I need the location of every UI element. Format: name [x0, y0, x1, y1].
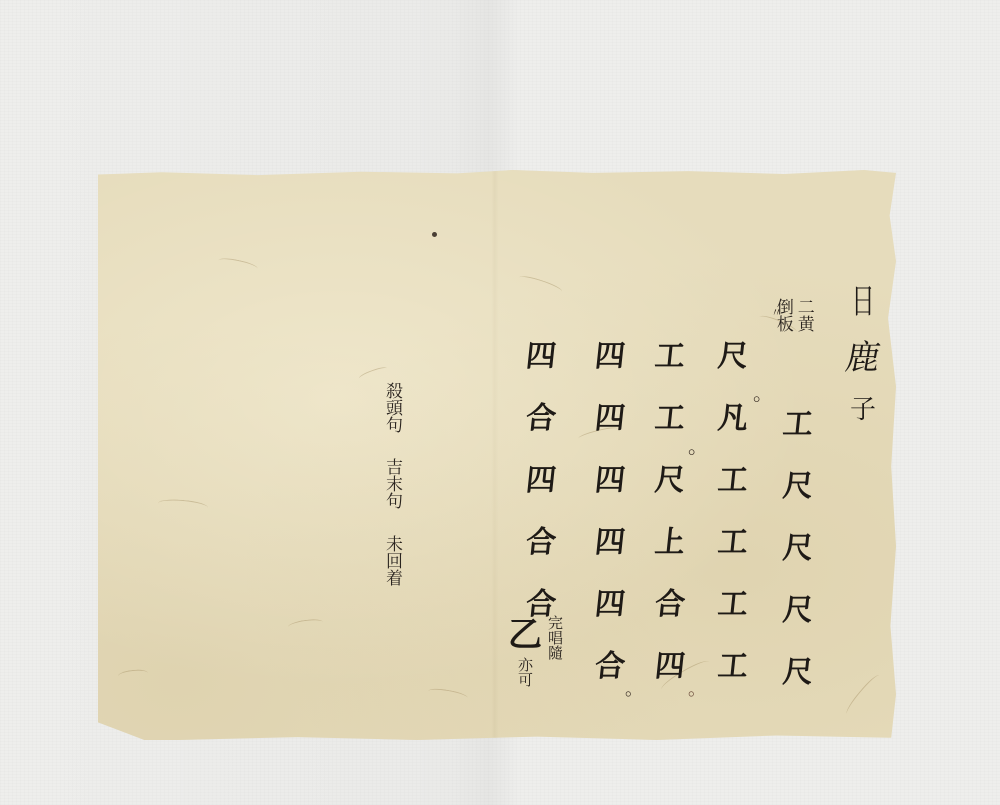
notation-glyph: 上 — [653, 528, 686, 558]
note-phrase: 吉末句 — [383, 458, 400, 509]
notation-glyph: 合 — [653, 590, 686, 620]
notation-glyph: 尺 — [716, 342, 749, 372]
note-char: 可 — [518, 673, 533, 688]
notation-glyph: 四 — [593, 590, 626, 620]
notation-column-5: 四 合 四 合 合 — [526, 342, 556, 652]
notation-glyph: 四 — [593, 404, 626, 434]
closing-note-col-b: 亦 可 — [518, 658, 533, 688]
paper-fiber — [288, 618, 324, 632]
circle-mark: 。 — [688, 675, 706, 701]
left-page-note: 殺頭句 吉末句 未回着 — [383, 382, 400, 586]
closing-note-col-a: 完 唱 隨 — [548, 616, 563, 661]
circle-mark: 。 — [625, 675, 643, 701]
manuscript-sheet: 日 鹿 子 二黄 倒板 〃 工 尺 尺 尺 尺 尺 凡 工 工 工 工 。 工 … — [98, 170, 896, 740]
notation-glyph: 合 — [593, 652, 626, 682]
annotation-char: 二黄 — [794, 298, 812, 332]
paper-fiber — [843, 672, 882, 716]
notation-glyph: 合 — [524, 404, 557, 434]
notation-glyph: 工 — [781, 410, 814, 440]
notation-column-3: 工 工 尺 上 合 四 — [655, 342, 685, 714]
end-mark: 乙 — [508, 618, 542, 652]
note-phrase: 殺頭句 — [383, 382, 400, 433]
notation-column-4: 四 四 四 四 四 合 — [595, 342, 625, 714]
paper-fiber — [118, 668, 149, 680]
paper-fiber — [158, 498, 209, 513]
paper-fiber — [358, 365, 389, 382]
notation-glyph: 凡 — [716, 404, 749, 434]
annotation-mark: 〃 — [771, 304, 782, 320]
notation-glyph: 尺 — [653, 466, 686, 496]
notation-column-1: 工 尺 尺 尺 尺 — [783, 410, 813, 720]
notation-glyph: 四 — [524, 342, 557, 372]
notation-glyph: 四 — [524, 466, 557, 496]
notation-glyph: 尺 — [781, 596, 814, 626]
paper-fiber — [428, 687, 469, 703]
title-char: 子 — [850, 397, 876, 423]
notation-glyph: 工 — [716, 466, 749, 496]
notation-glyph: 合 — [524, 528, 557, 558]
notation-glyph: 尺 — [781, 534, 814, 564]
notation-glyph: 工 — [653, 342, 686, 372]
notation-glyph: 尺 — [781, 658, 814, 688]
title-char: 日 — [851, 285, 875, 319]
notation-glyph: 尺 — [781, 472, 814, 502]
notation-glyph: 四 — [593, 342, 626, 372]
ink-spot — [432, 232, 437, 237]
notation-glyph: 工 — [716, 528, 749, 558]
piece-title: 日 鹿 子 — [846, 285, 880, 445]
notation-glyph: 四 — [653, 652, 686, 682]
notation-glyph: 四 — [593, 466, 626, 496]
paper-fiber — [218, 256, 259, 273]
circle-mark: 。 — [753, 377, 773, 406]
note-char: 隨 — [548, 646, 563, 661]
title-char: 鹿 — [843, 341, 883, 375]
paper-fiber — [518, 273, 564, 295]
notation-glyph: 工 — [653, 404, 686, 434]
circle-mark: 。 — [688, 430, 708, 459]
notation-column-2: 尺 凡 工 工 工 工 — [718, 342, 748, 714]
notation-glyph: 工 — [716, 652, 749, 682]
annotation-line-1: 二黄 — [794, 298, 812, 332]
notation-glyph: 四 — [593, 528, 626, 558]
notation-glyph: 工 — [716, 590, 749, 620]
note-phrase: 未回着 — [383, 535, 400, 586]
